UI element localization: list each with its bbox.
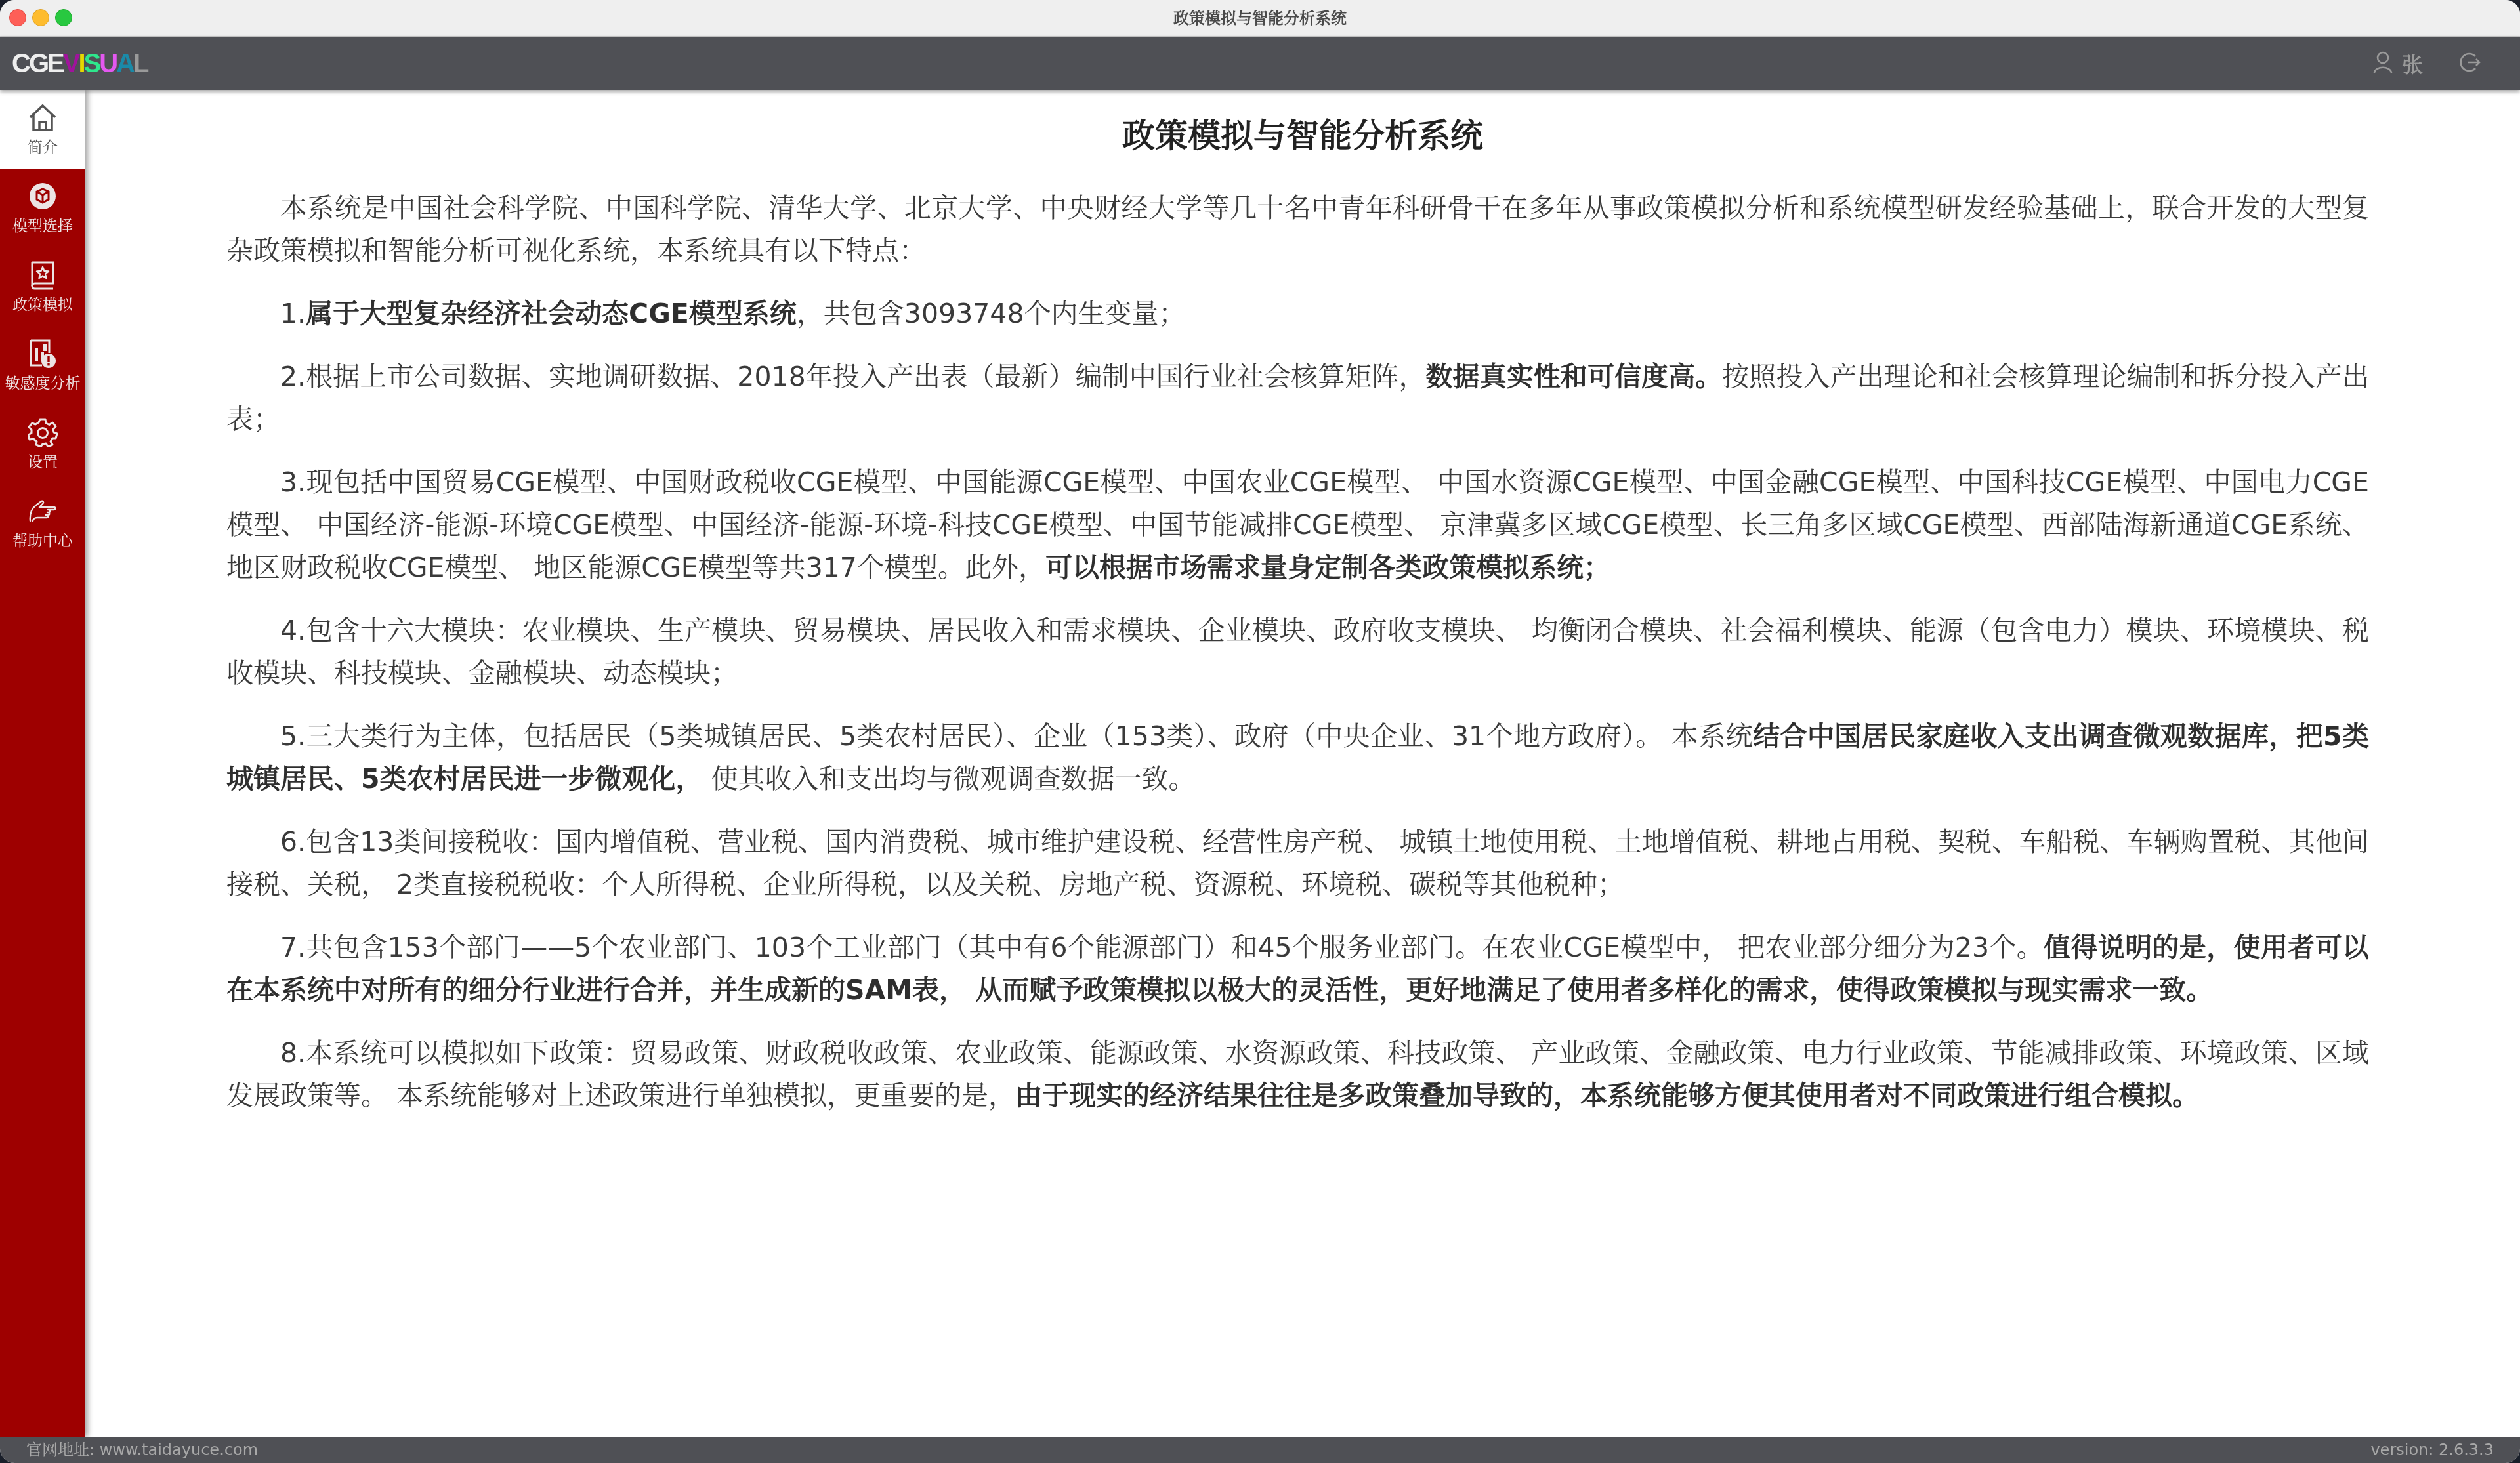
intro-article: 本系统是中国社会科学院、中国科学院、清华大学、北京大学、中央财经大学等几十名中青… [226,187,2369,1138]
intro-paragraph: 4.包含十六大模块：农业模块、生产模块、贸易模块、居民收入和需求模块、企业模块、… [226,609,2369,695]
emphasis-text: 由于现实的经济结果往往是多政策叠加导致的，本系统能够方便其使用者对不同政策进行组… [1015,1080,2199,1111]
app-header: CGEVISUAL 张 [0,37,2520,90]
page-title: 政策模拟与智能分析系统 [85,116,2520,155]
logout-icon[interactable] [2458,51,2481,76]
user-name[interactable]: 张 [2402,49,2423,79]
logo-letter: V [63,49,79,79]
paragraph-text: 2.根据上市公司数据、实地调研数据、2018年投入产出表（最新）编制中国行业社会… [280,361,1425,392]
logo-letter: I [78,49,83,79]
intro-paragraph: 8.本系统可以模拟如下政策：贸易政策、财政税收政策、农业政策、能源政策、水资源政… [226,1032,2369,1117]
emphasis-text: 属于大型复杂经济社会动态CGE模型系统 [306,298,797,329]
emphasis-text: 可以根据市场需求量身定制各类政策模拟系统； [1045,552,1610,583]
app-window: 政策模拟与智能分析系统 CGEVISUAL 张 简介 模型选择 [0,0,2520,1463]
logo-letter: C [12,49,29,79]
sidebar-item-label: 敏感度分析 [5,375,81,393]
paragraph-text: 本系统是中国社会科学院、中国科学院、清华大学、北京大学、中央财经大学等几十名中青… [226,192,2369,266]
sidebar-item-help[interactable]: 帮助中心 [0,484,85,562]
intro-paragraph: 本系统是中国社会科学院、中国科学院、清华大学、北京大学、中央财经大学等几十名中青… [226,187,2369,272]
window-titlebar: 政策模拟与智能分析系统 [0,0,2520,37]
main-content: 政策模拟与智能分析系统 本系统是中国社会科学院、中国科学院、清华大学、北京大学、… [85,90,2520,1437]
sidebar-item-label: 简介 [28,138,58,157]
sidebar-item-label: 模型选择 [12,217,73,236]
paragraph-text: 4.包含十六大模块：农业模块、生产模块、贸易模块、居民收入和需求模块、企业模块、… [226,615,2369,689]
sidebar-item-sensitivity[interactable]: 敏感度分析 [0,326,85,405]
paragraph-text: 6.包含13类间接税收：国内增值税、营业税、国内消费税、城市维护建设税、经营性房… [226,826,2369,900]
user-area: 张 [2373,49,2481,79]
paragraph-text: 5.三大类行为主体，包括居民（5类城镇居民、5类农村居民）、企业（153类）、政… [280,720,1753,752]
intro-paragraph: 6.包含13类间接税收：国内增值税、营业税、国内消费税、城市维护建设税、经营性房… [226,821,2369,906]
paragraph-text: 7.共包含153个部门——5个农业部门、103个工业部门（其中有6个能源部门）和… [280,932,2044,963]
home-icon [27,102,58,133]
intro-paragraph: 5.三大类行为主体，包括居民（5类城镇居民、5类农村居民）、企业（153类）、政… [226,715,2369,800]
sidebar-item-settings[interactable]: 设置 [0,405,85,484]
chart-alert-icon [27,338,58,369]
logo-letter: L [133,49,147,79]
version-label: version: 2.6.3.3 [2370,1437,2494,1463]
sidebar-item-intro[interactable]: 简介 [0,90,85,169]
sidebar-item-label: 设置 [28,453,58,472]
intro-paragraph: 2.根据上市公司数据、实地调研数据、2018年投入产出表（最新）编制中国行业社会… [226,356,2369,441]
status-footer: 官网地址: www.taidayuce.com version: 2.6.3.3 [0,1437,2520,1463]
app-logo: CGEVISUAL [12,49,147,79]
logo-letter: A [116,49,133,79]
intro-paragraph: 7.共包含153个部门——5个农业部门、103个工业部门（其中有6个能源部门）和… [226,926,2369,1012]
window-title: 政策模拟与智能分析系统 [0,0,2520,37]
emphasis-text: 数据真实性和可信度高。 [1425,361,1722,392]
intro-paragraph: 3.现包括中国贸易CGE模型、中国财政税收CGE模型、中国能源CGE模型、中国农… [226,461,2369,589]
logo-letter: U [99,49,116,79]
website-link[interactable]: 官网地址: www.taidayuce.com [26,1437,258,1463]
logo-letter: G [29,49,47,79]
user-icon[interactable] [2373,51,2393,76]
paragraph-text: 1. [280,298,306,329]
sidebar: 简介 模型选择 政策模拟 敏感度分析 设置 [0,90,85,1437]
cube-icon [27,180,58,212]
logo-letter: E [47,49,63,79]
sidebar-item-label: 政策模拟 [12,296,73,314]
paragraph-text: ，共包含3093748个内生变量； [797,298,1186,329]
star-book-icon [27,259,58,291]
sidebar-item-model-select[interactable]: 模型选择 [0,169,85,247]
intro-paragraph: 1.属于大型复杂经济社会动态CGE模型系统，共包含3093748个内生变量； [226,293,2369,335]
paragraph-text: 使其收入和支出均与微观调查数据一致。 [703,763,1196,794]
logo-letter: S [84,49,100,79]
sidebar-item-policy-sim[interactable]: 政策模拟 [0,247,85,326]
hand-point-icon [27,495,58,527]
gear-icon [27,417,58,448]
sidebar-item-label: 帮助中心 [12,532,73,550]
